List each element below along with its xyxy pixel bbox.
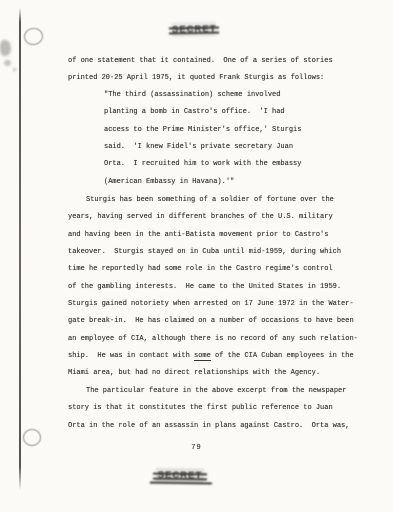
text-line: (American Embassy in Havana).'"	[104, 174, 301, 191]
text-line: Sturgis gained notoriety when arrested o…	[68, 296, 358, 313]
secret-stamp-obliterated: SECRET	[172, 22, 216, 38]
text-line: time he reportedly had some role in the …	[68, 261, 358, 278]
text-line: "The third (assassination) scheme involv…	[104, 87, 301, 104]
text-line: The particular feature in the above exce…	[68, 383, 349, 400]
paragraph: The particular feature in the above exce…	[68, 383, 349, 435]
text-line: story is that it constitutes the first p…	[68, 400, 349, 417]
text-line: printed 20-25 April 1975, it quoted Fran…	[68, 70, 333, 87]
text-line: an employee of CIA, although there is no…	[68, 331, 358, 348]
text-line: Orta. I recruited him to work with the e…	[104, 156, 301, 173]
block-quote: "The third (assassination) scheme involv…	[104, 87, 301, 191]
text-line: of one statement that it contained. One …	[68, 53, 333, 70]
text-line: said. 'I knew Fidel's private secretary …	[104, 139, 301, 156]
scan-smudge	[4, 60, 11, 66]
scan-smudge	[0, 40, 11, 56]
text-line: Miami area, but had no direct relationsh…	[68, 365, 358, 382]
strike-line	[150, 482, 212, 485]
scan-smudge	[13, 68, 16, 71]
scanned-document-page: SECRET of one statement that it containe…	[0, 0, 393, 512]
text-line: Orta in the role of an assassin in plans…	[68, 418, 349, 435]
text-line: of the gambling interests. He came to th…	[68, 279, 358, 296]
text-line: planting a bomb in Castro's office. 'I h…	[104, 104, 301, 121]
underlined-word: some	[194, 352, 211, 361]
text-line: years, having served in different branch…	[68, 209, 358, 226]
text-line: and having been in the anti-Batista move…	[68, 227, 358, 244]
text-line: Sturgis has been something of a soldier …	[68, 192, 358, 209]
photocopy-edge-line	[19, 8, 21, 490]
text-line: access to the Prime Minister's office,' …	[104, 122, 301, 139]
text-line: gate break-in. He has claimed on a numbe…	[68, 313, 358, 330]
paragraph: Sturgis has been something of a soldier …	[68, 192, 358, 383]
secret-stamp-obliterated: SECRET	[156, 468, 204, 484]
page-number: 79	[0, 444, 393, 452]
text-line: ship. He was in contact with some of the…	[68, 348, 358, 365]
paragraph: of one statement that it contained. One …	[68, 53, 333, 88]
hole-punch-mark	[23, 27, 44, 46]
text-line: takeover. Sturgis stayed on in Cuba unti…	[68, 244, 358, 261]
